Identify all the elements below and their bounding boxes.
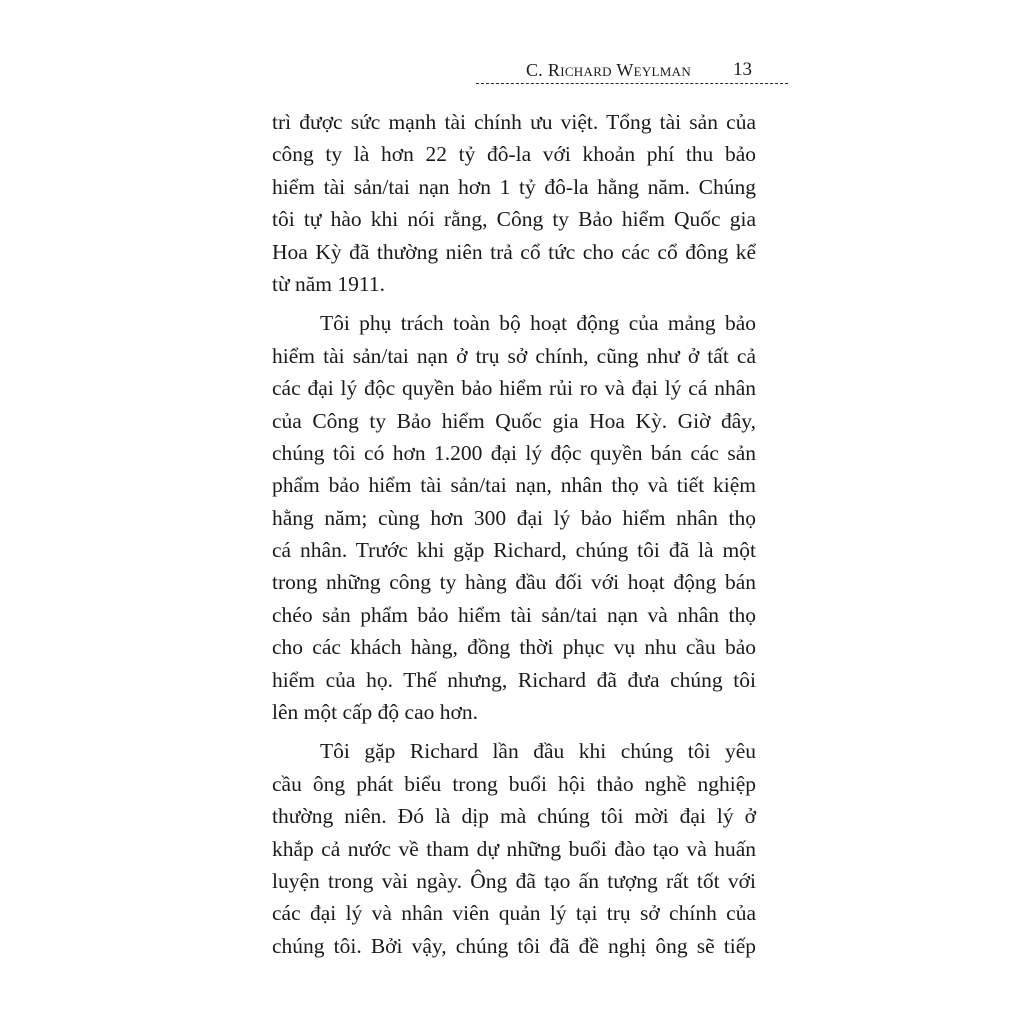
text-line: cho các khách hàng, đồng thời phục vụ nh… — [272, 631, 756, 663]
text-line: lên một cấp độ cao hơn. — [272, 696, 756, 728]
text-line: luyện trong vài ngày. Ông đã tạo ấn tượn… — [272, 865, 756, 897]
text-line: trì được sức mạnh tài chính ưu việt. Tổn… — [272, 106, 756, 138]
text-line: công ty là hơn 22 tỷ đô-la với khoản phí… — [272, 138, 756, 170]
text-line: hiểm của họ. Thế nhưng, Richard đã đưa c… — [272, 664, 756, 696]
text-line: Tôi gặp Richard lần đầu khi chúng tôi yê… — [272, 735, 756, 767]
text-line: các đại lý và nhân viên quản lý tại trụ … — [272, 897, 756, 929]
text-line: hằng năm; cùng hơn 300 đại lý bảo hiểm n… — [272, 502, 756, 534]
page-number: 13 — [733, 59, 752, 81]
text-line: khắp cả nước về tham dự những buổi đào t… — [272, 833, 756, 865]
text-line: các đại lý độc quyền bảo hiểm rủi ro và … — [272, 372, 756, 404]
text-line: cầu ông phát biểu trong buổi hội thảo ng… — [272, 768, 756, 800]
paragraph: trì được sức mạnh tài chính ưu việt. Tổn… — [272, 106, 756, 300]
text-line: thường niên. Đó là dịp mà chúng tôi mời … — [272, 800, 756, 832]
header-dashed-rule — [476, 83, 788, 84]
text-line: trong những công ty hàng đầu đối với hoạ… — [272, 566, 756, 598]
text-line: cá nhân. Trước khi gặp Richard, chúng tô… — [272, 534, 756, 566]
text-line: phẩm bảo hiểm tài sản/tai nạn, nhân thọ … — [272, 469, 756, 501]
text-line: từ năm 1911. — [272, 268, 756, 300]
running-head: C. Richard Weylman 13 — [476, 54, 788, 86]
text-line: chúng tôi. Bởi vậy, chúng tôi đã đề nghị… — [272, 930, 756, 962]
text-line: của Công ty Bảo hiểm Quốc gia Hoa Kỳ. Gi… — [272, 405, 756, 437]
paragraph-gap — [272, 728, 756, 735]
text-line: hiểm tài sản/tai nạn ở trụ sở chính, cũn… — [272, 340, 756, 372]
text-line: Tôi phụ trách toàn bộ hoạt động của mảng… — [272, 307, 756, 339]
text-line: tôi tự hào khi nói rằng, Công ty Bảo hiể… — [272, 203, 756, 235]
paragraph-gap — [272, 300, 756, 307]
paragraph: Tôi gặp Richard lần đầu khi chúng tôi yê… — [272, 735, 756, 962]
body-text: trì được sức mạnh tài chính ưu việt. Tổn… — [272, 106, 756, 962]
paragraph: Tôi phụ trách toàn bộ hoạt động của mảng… — [272, 307, 756, 728]
text-line: chéo sản phẩm bảo hiểm tài sản/tai nạn v… — [272, 599, 756, 631]
running-head-author: C. Richard Weylman — [526, 60, 691, 81]
text-line: hiểm tài sản/tai nạn hơn 1 tỷ đô-la hằng… — [272, 171, 756, 203]
text-line: Hoa Kỳ đã thường niên trả cổ tức cho các… — [272, 236, 756, 268]
text-line: chúng tôi có hơn 1.200 đại lý độc quyền … — [272, 437, 756, 469]
